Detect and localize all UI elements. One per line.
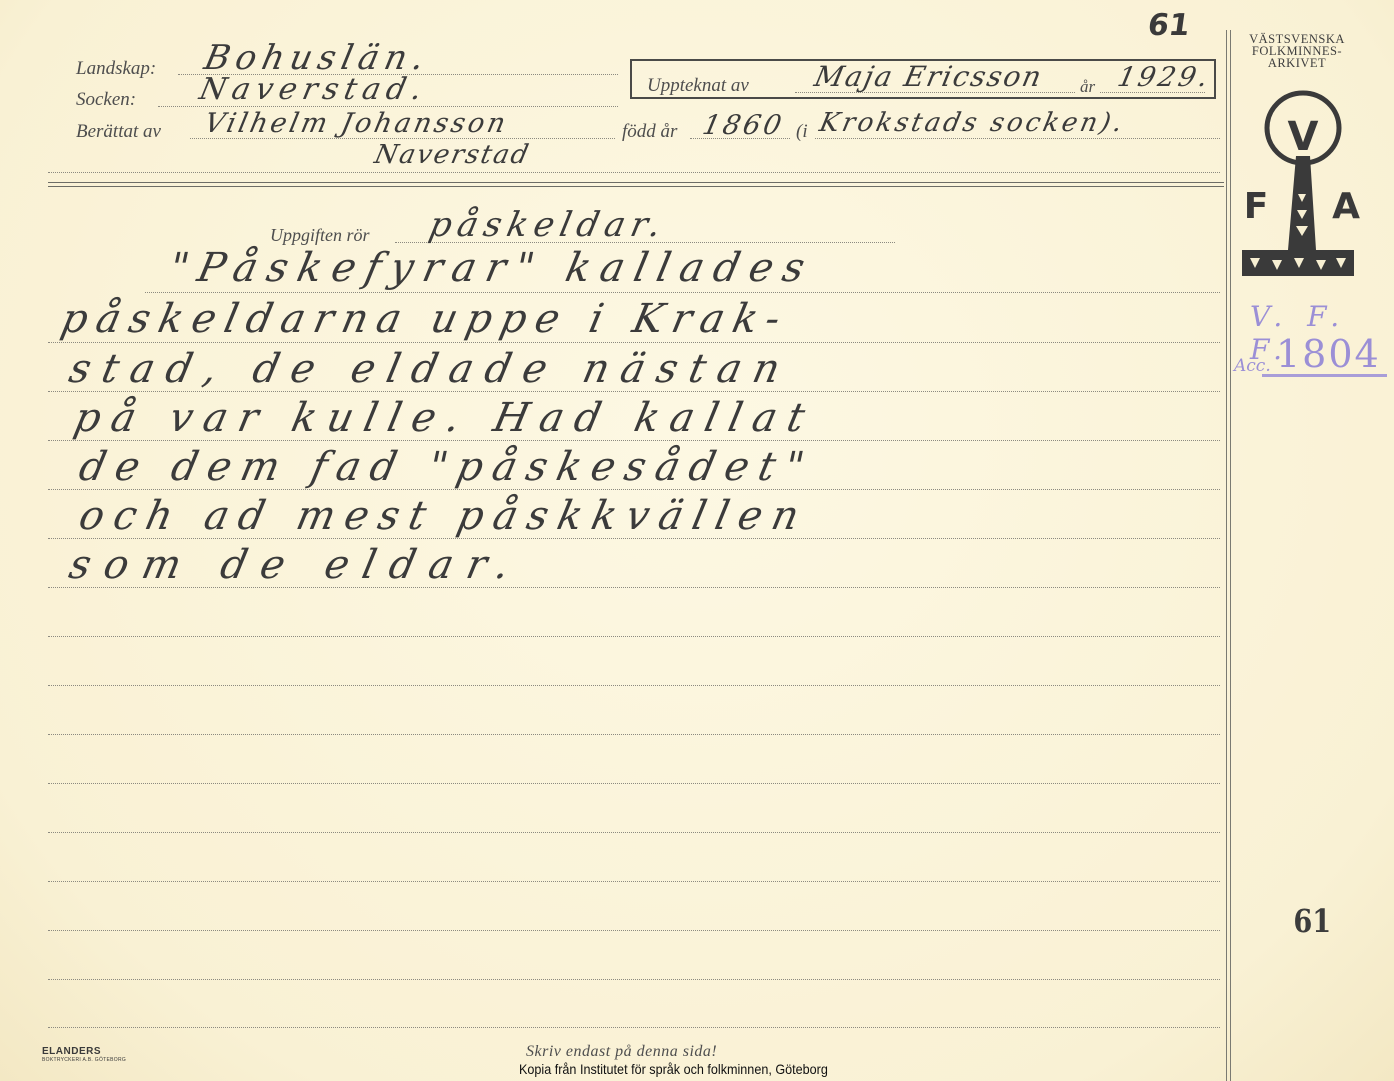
uppteknat-label: Uppteknat av — [647, 75, 749, 97]
printer-name: ELANDERS — [42, 1046, 126, 1057]
body-line-3: stad, de eldade nästan — [65, 346, 796, 392]
margin-rule-right — [1230, 30, 1231, 1081]
header-separator-1 — [48, 182, 1224, 183]
body-line-5: de dem fad "påskesådet" — [75, 444, 818, 490]
fodd-place-value: Krokstads socken). — [817, 108, 1128, 138]
body-line-7: som de eldar. — [65, 542, 527, 588]
logo-letter-f: F — [1244, 186, 1269, 227]
ruled-line-14 — [48, 930, 1220, 931]
margin-rule-left — [1226, 30, 1227, 1081]
archive-name-line3: ARKIVET — [1232, 57, 1362, 69]
uppgiften-label: Uppgiften rör — [270, 225, 370, 246]
ruled-line-12 — [48, 832, 1220, 833]
archive-name: VÄSTSVENSKA FOLKMINNES- ARKIVET — [1232, 33, 1362, 69]
document-page — [0, 0, 1394, 1081]
uppgiften-value: påskeldar. — [426, 205, 671, 245]
socken-value: Naverstad. — [196, 72, 431, 107]
berattat-value-line2: Naverstad — [372, 140, 533, 170]
instruction-text: Skriv endast på denna sida! — [526, 1043, 717, 1061]
logo-letter-a: A — [1332, 186, 1360, 227]
ruled-line-8 — [48, 636, 1220, 637]
copy-notice: Kopia från Institutet för språk och folk… — [519, 1061, 828, 1077]
ruled-line-2 — [48, 342, 1220, 343]
ar-value: 1929. — [1115, 62, 1214, 93]
page-number: 61 — [1293, 902, 1331, 940]
ar-label: år — [1080, 77, 1095, 97]
ruled-line-13 — [48, 881, 1220, 882]
i-label: (i — [796, 121, 808, 143]
ruled-line-16 — [48, 1027, 1220, 1028]
header-separator-2 — [48, 186, 1224, 187]
fodd-place-line — [815, 138, 1220, 139]
header-extra-line — [48, 172, 1220, 173]
body-line-2: påskeldarna uppe i Krak- — [57, 296, 793, 342]
uppteknat-value: Maja Ericsson — [811, 60, 1046, 93]
socken-label: Socken: — [76, 89, 136, 111]
ruled-line-10 — [48, 734, 1220, 735]
berattat-value: Vilhelm Johansson — [202, 108, 511, 139]
printer-subtitle: BOKTRYCKERI A.B. GÖTEBORG — [42, 1057, 126, 1063]
ruled-line-15 — [48, 979, 1220, 980]
logo-letter-v: V — [1288, 114, 1319, 160]
body-line-6: och ad mest påskkvällen — [75, 493, 813, 539]
archive-page-number-handwritten: 61 — [1146, 8, 1193, 43]
vfa-thors-hammer-logo-icon: V F A — [1236, 90, 1362, 290]
stamp-accession-number: 1804 — [1276, 332, 1381, 376]
landskap-label: Landskap: — [76, 58, 156, 80]
body-line-4: på var kulle. Had kallat — [70, 395, 820, 441]
ruled-line-11 — [48, 783, 1220, 784]
ruled-line-1 — [145, 292, 1220, 293]
body-line-1: "Påskefyrar" kallades — [165, 245, 819, 291]
stamp-acc-label: Acc. — [1234, 356, 1271, 376]
fodd-label: född år — [622, 121, 677, 143]
ruled-line-9 — [48, 685, 1220, 686]
printer-mark: ELANDERS BOKTRYCKERI A.B. GÖTEBORG — [42, 1046, 126, 1063]
stamp-underline — [1262, 374, 1387, 377]
fodd-value: 1860 — [700, 110, 787, 141]
berattat-label: Berättat av — [76, 121, 161, 143]
